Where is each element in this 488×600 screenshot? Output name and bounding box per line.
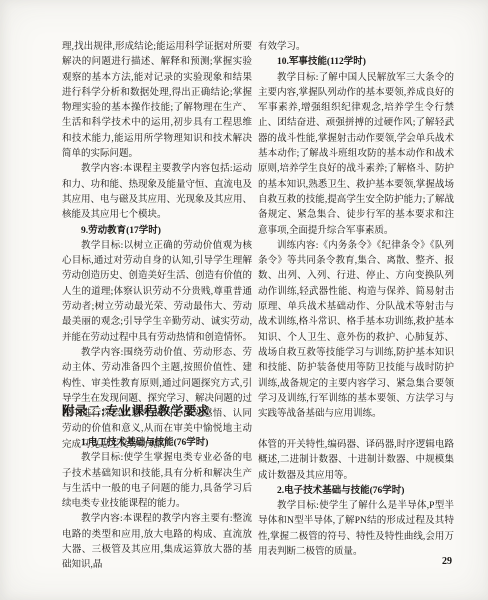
paragraph-labor-content-continued: 有效学习。 [258, 40, 454, 55]
paragraph-physics-goals-continued: 理,找出规律,形成结论;能运用科学证据对所要解决的问题进行描述、解释和预测;掌握… [62, 40, 252, 162]
left-column-upper: 理,找出规律,形成结论;能运用科学证据对所要解决的问题进行描述、解释和预测;掌握… [62, 40, 252, 453]
paragraph-electronics-teaching-goals: 教学目标:使学生了解什么是半导体,P型半导体和N型半导体,了解PN结的形成过程及… [258, 499, 454, 560]
paragraph-military-training-content: 训练内容:《内务条令》《纪律条令》《队列条令》等共同条令教育,集合、离散、整齐、… [258, 239, 454, 423]
document-page: 理,找出规律,形成结论;能运用科学证据对所要解决的问题进行描述、解释和预测;掌握… [0, 0, 488, 600]
paragraph-electrical-teaching-content: 教学内容:本课程的教学内容主要有:整流电路的类型和应用,放大电路的构成、直流放大… [62, 512, 252, 573]
paragraph-physics-teaching-content: 教学内容:本课程主要教学内容包括:运动和力、功和能、热现象及能量守恒、直流电及其… [62, 162, 252, 223]
subsection-title-electronics-technology: 2.电子技术基础与技能(76学时) [258, 484, 454, 499]
paragraph-military-teaching-goals: 教学目标:了解中国人民解放军三大条令的主要内容,掌握队列动作的基本要领,养成良好… [258, 71, 454, 239]
left-column-lower: 1.电工技术基础与技能(76学时) 教学目标:使学生掌握电类专业必备的电子技术基… [62, 436, 252, 574]
subsection-title-labor-education: 9.劳动教育(17学时) [62, 224, 252, 239]
subsection-title-military-skills: 10.军事技能(112学时) [258, 55, 454, 70]
paragraph-electrical-teaching-goals: 教学目标:使学生掌握电类专业必备的电子技术基础知识和技能,具有分析和解决生产与生… [62, 451, 252, 512]
appendix-two-heading: 附录二:专业课程教学要求 [62, 401, 210, 419]
right-column-lower: 体管的开关特性,编码器、译码器,时序逻辑电路概述,二进制计数器、十进制计数器、中… [258, 438, 454, 560]
paragraph-labor-teaching-goals: 教学目标:以树立正确的劳动价值观为核心目标,通过对劳动自身的认知,引导学生理解劳… [62, 239, 252, 346]
right-column-upper: 有效学习。 10.军事技能(112学时) 教学目标:了解中国人民解放军三大条令的… [258, 40, 454, 422]
paragraph-electrical-content-continued: 体管的开关特性,编码器、译码器,时序逻辑电路概述,二进制计数器、十进制计数器、中… [258, 438, 454, 484]
subsection-title-electrical-technology: 1.电工技术基础与技能(76学时) [62, 436, 252, 451]
page-number: 29 [442, 556, 452, 567]
